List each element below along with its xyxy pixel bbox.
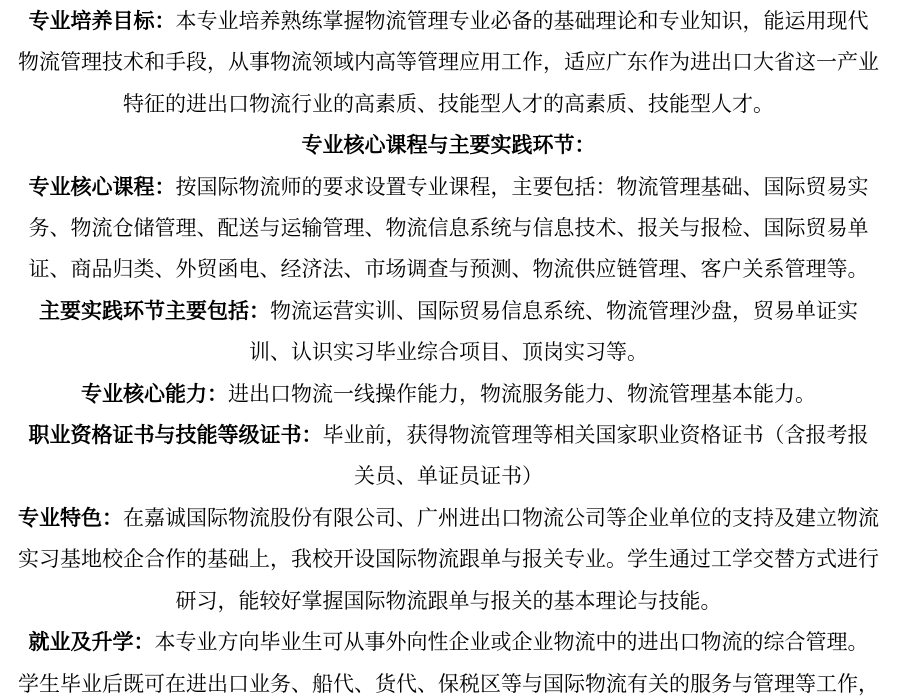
paragraph-lead: 专业核心能力： xyxy=(81,382,228,406)
text-line: 训、认识实习毕业综合项目、顶岗实习等。 xyxy=(0,332,897,373)
text-line: 专业核心课程：按国际物流师的要求设置专业课程，主要包括：物流管理基础、国际贸易实 xyxy=(0,167,897,208)
line-text: 进出口物流一线操作能力，物流服务能力、物流管理基本能力。 xyxy=(228,382,816,406)
text-line: 专业培养目标：本专业培养熟练掌握物流管理专业必备的基础理论和专业知识，能运用现代 xyxy=(0,1,897,42)
paragraph-lead: 职业资格证书与技能等级证书： xyxy=(29,423,323,447)
text-line: 实习基地校企合作的基础上，我校开设国际物流跟单与报关专业。学生通过工学交替方式进… xyxy=(0,539,897,580)
paragraph-employment: 就业及升学：本专业方向毕业生可从事外向性企业或企业物流中的进出口物流的综合管理。… xyxy=(0,622,897,700)
text-line: 学生毕业后既可在进出口业务、船代、货代、保税区等与国际物流有关的服务与管理等工作… xyxy=(0,664,897,700)
heading-text: 专业核心课程与主要实践环节： xyxy=(302,133,596,157)
text-line: 就业及升学：本专业方向毕业生可从事外向性企业或企业物流中的进出口物流的综合管理。 xyxy=(0,622,897,663)
paragraph-lead: 专业培养目标： xyxy=(29,9,176,33)
text-line: 证、商品归类、外贸函电、经济法、市场调查与预测、物流供应链管理、客户关系管理等。 xyxy=(0,249,897,290)
line-text: 本专业方向毕业生可从事外向性企业或企业物流中的进出口物流的综合管理。 xyxy=(155,630,869,654)
line-text: 毕业前，获得物流管理等相关国家职业资格证书（含报考报 xyxy=(323,423,869,447)
paragraph-lead: 专业特色： xyxy=(18,506,123,530)
paragraph-lead: 主要实践环节主要包括： xyxy=(39,299,270,323)
paragraph-core-abilities: 专业核心能力：进出口物流一线操作能力，物流服务能力、物流管理基本能力。 xyxy=(0,374,897,415)
section-heading-core-courses-and-practice: 专业核心课程与主要实践环节： xyxy=(0,125,897,166)
text-line: 务、物流仓储管理、配送与运输管理、物流信息系统与信息技术、报关与报检、国际贸易单 xyxy=(0,208,897,249)
text-line: 关员、单证员证书） xyxy=(0,456,897,497)
text-line: 主要实践环节主要包括：物流运营实训、国际贸易信息系统、物流管理沙盘，贸易单证实 xyxy=(0,291,897,332)
text-line: 研习，能较好掌握国际物流跟单与报关的基本理论与技能。 xyxy=(0,581,897,622)
text-line: 专业特色：在嘉诚国际物流股份有限公司、广州进出口物流公司等企业单位的支持及建立物… xyxy=(0,498,897,539)
document-page: 专业培养目标：本专业培养熟练掌握物流管理专业必备的基础理论和专业知识，能运用现代… xyxy=(0,0,897,700)
line-text: 在嘉诚国际物流股份有限公司、广州进出口物流公司等企业单位的支持及建立物流 xyxy=(123,506,879,530)
text-line: 专业核心能力：进出口物流一线操作能力，物流服务能力、物流管理基本能力。 xyxy=(0,374,897,415)
text-line: 特征的进出口物流行业的高素质、技能型人才的高素质、技能型人才。 xyxy=(0,84,897,125)
paragraph-practice-components: 主要实践环节主要包括：物流运营实训、国际贸易信息系统、物流管理沙盘，贸易单证实 … xyxy=(0,291,897,374)
text-line: 物流管理技术和手段，从事物流领域内高等管理应用工作，适应广东作为进出口大省这一产… xyxy=(0,42,897,83)
paragraph-certificates: 职业资格证书与技能等级证书：毕业前，获得物流管理等相关国家职业资格证书（含报考报… xyxy=(0,415,897,498)
text-line: 职业资格证书与技能等级证书：毕业前，获得物流管理等相关国家职业资格证书（含报考报 xyxy=(0,415,897,456)
heading-line: 专业核心课程与主要实践环节： xyxy=(0,125,897,166)
paragraph-program-features: 专业特色：在嘉诚国际物流股份有限公司、广州进出口物流公司等企业单位的支持及建立物… xyxy=(0,498,897,622)
line-text: 物流运营实训、国际贸易信息系统、物流管理沙盘，贸易单证实 xyxy=(270,299,858,323)
line-text: 本专业培养熟练掌握物流管理专业必备的基础理论和专业知识，能运用现代 xyxy=(176,9,869,33)
paragraph-lead: 就业及升学： xyxy=(29,630,155,654)
line-text: 按国际物流师的要求设置专业课程，主要包括：物流管理基础、国际贸易实 xyxy=(176,175,869,199)
paragraph-training-objective: 专业培养目标：本专业培养熟练掌握物流管理专业必备的基础理论和专业知识，能运用现代… xyxy=(0,1,897,125)
paragraph-lead: 专业核心课程： xyxy=(29,175,176,199)
paragraph-core-courses: 专业核心课程：按国际物流师的要求设置专业课程，主要包括：物流管理基础、国际贸易实… xyxy=(0,167,897,291)
